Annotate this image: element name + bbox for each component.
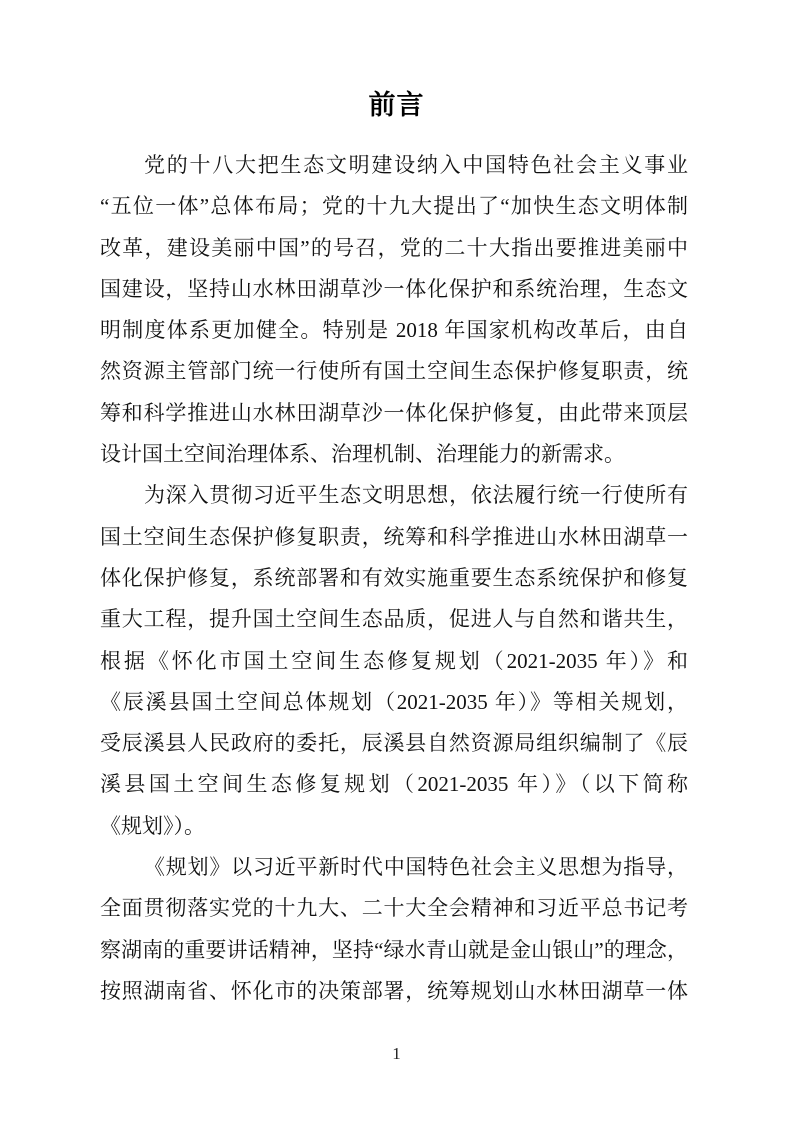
- paragraph: 《规划》以习近平新时代中国特色社会主义思想为指导，全面贯彻落实党的十九大、二十大…: [100, 847, 688, 1012]
- page-title: 前言: [0, 88, 793, 122]
- text-line: 党的十八大把生态文明建设纳入中国特色社会主义事业: [100, 145, 688, 186]
- paragraph: 为深入贯彻习近平生态文明思想，依法履行统一行使所有国土空间生态保护修复职责，统筹…: [100, 475, 688, 847]
- text-line: 溪县国土空间生态修复规划（2021-2035 年）》（以下简称: [100, 764, 688, 805]
- text-line: 然资源主管部门统一行使所有国土空间生态保护修复职责，统: [100, 351, 688, 392]
- page-number: 1: [0, 1042, 793, 1066]
- document-page: 前言 党的十八大把生态文明建设纳入中国特色社会主义事业“五位一体”总体布局；党的…: [0, 0, 793, 1122]
- text-line: 改革，建设美丽中国”的号召，党的二十大指出要推进美丽中: [100, 228, 688, 269]
- text-line: 筹和科学推进山水林田湖草沙一体化保护修复，由此带来顶层: [100, 393, 688, 434]
- text-line: 《规划》以习近平新时代中国特色社会主义思想为指导，: [100, 847, 688, 888]
- text-line: 体化保护修复，系统部署和有效实施重要生态系统保护和修复: [100, 558, 688, 599]
- text-line: 全面贯彻落实党的十九大、二十大全会精神和习近平总书记考: [100, 888, 688, 929]
- text-line: 根据《怀化市国土空间生态修复规划（2021-2035 年）》和: [100, 641, 688, 682]
- document-body: 党的十八大把生态文明建设纳入中国特色社会主义事业“五位一体”总体布局；党的十九大…: [100, 145, 688, 1012]
- text-line: 国建设，坚持山水林田湖草沙一体化保护和系统治理，生态文: [100, 269, 688, 310]
- text-line: 设计国土空间治理体系、治理机制、治理能力的新需求。: [100, 434, 688, 475]
- paragraph: 党的十八大把生态文明建设纳入中国特色社会主义事业“五位一体”总体布局；党的十九大…: [100, 145, 688, 475]
- text-line: 受辰溪县人民政府的委托，辰溪县自然资源局组织编制了《辰: [100, 723, 688, 764]
- text-line: 明制度体系更加健全。特别是 2018 年国家机构改革后，由自: [100, 310, 688, 351]
- text-line: 为深入贯彻习近平生态文明思想，依法履行统一行使所有: [100, 475, 688, 516]
- text-line: 《辰溪县国土空间总体规划（2021-2035 年）》等相关规划，: [100, 682, 688, 723]
- text-line: 国土空间生态保护修复职责，统筹和科学推进山水林田湖草一: [100, 517, 688, 558]
- text-line: 按照湖南省、怀化市的决策部署，统筹规划山水林田湖草一体: [100, 971, 688, 1012]
- text-line: 《规划》）。: [100, 806, 688, 847]
- text-line: 察湖南的重要讲话精神，坚持“绿水青山就是金山银山”的理念，: [100, 930, 688, 971]
- text-line: “五位一体”总体布局；党的十九大提出了“加快生态文明体制: [100, 186, 688, 227]
- text-line: 重大工程，提升国土空间生态品质，促进人与自然和谐共生，: [100, 599, 688, 640]
